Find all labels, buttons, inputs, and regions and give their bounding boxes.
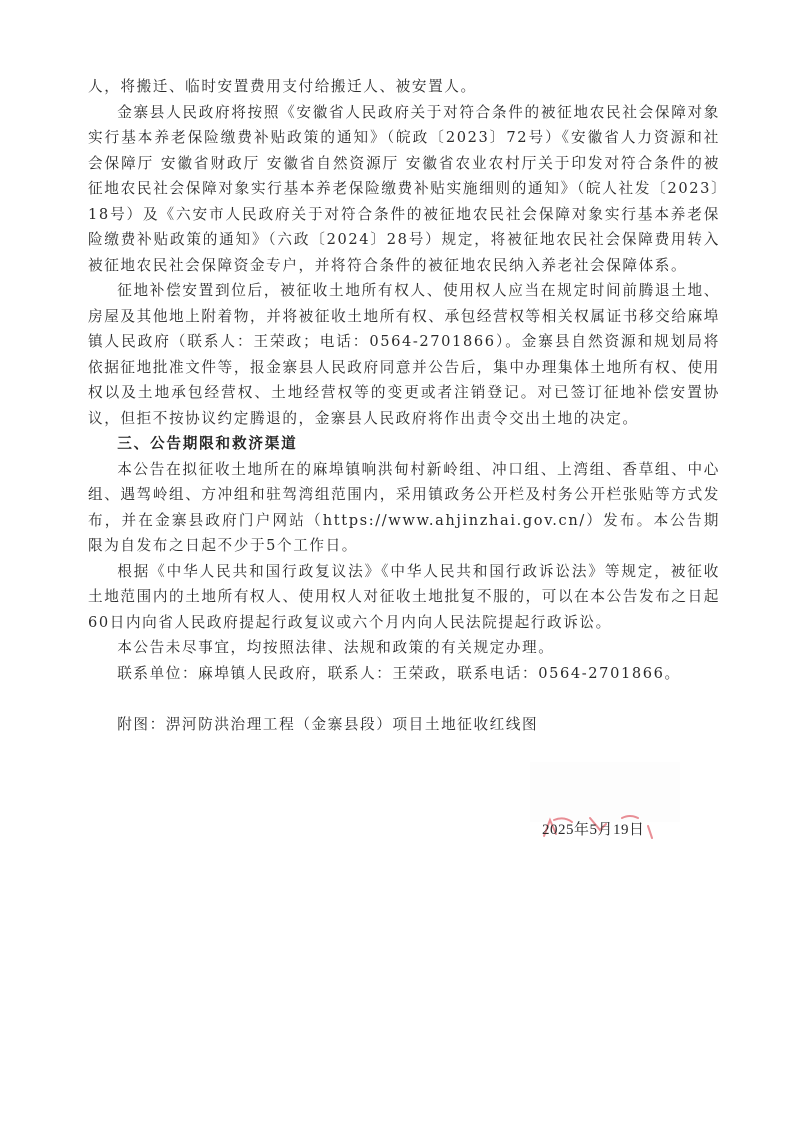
paragraph-land-handover: 征地补偿安置到位后，被征收土地所有权人、使用权人应当在规定时间前腾退土地、房屋及… [88, 278, 720, 431]
paragraph-attachment: 附图：淠河防洪治理工程（金寨县段）项目土地征收红线图 [88, 712, 720, 738]
paragraph-contact-info: 联系单位：麻埠镇人民政府，联系人：王荣政，联系电话：0564-2701866。 [88, 661, 720, 687]
section-heading-notice-period: 三、公告期限和救济渠道 [88, 431, 720, 457]
paragraph-other-matters: 本公告未尽事宜，均按照法律、法规和政策的有关规定办理。 [88, 635, 720, 661]
paragraph-continuation: 人，将搬迁、临时安置费用支付给搬迁人、被安置人。 [88, 74, 720, 100]
issue-date: 2025年5月19日 [542, 818, 645, 839]
blank-line [88, 686, 720, 712]
paragraph-publication: 本公告在拟征收土地所在的麻埠镇响洪甸村新岭组、冲口组、上湾组、香草组、中心组、遇… [88, 457, 720, 559]
paragraph-social-security: 金寨县人民政府将按照《安徽省人民政府关于对符合条件的被征地农民社会保障对象实行基… [88, 100, 720, 279]
document-page: 人，将搬迁、临时安置费用支付给搬迁人、被安置人。 金寨县人民政府将按照《安徽省人… [88, 74, 720, 737]
paragraph-legal-remedy: 根据《中华人民共和国行政复议法》《中华人民共和国行政诉讼法》等规定，被征收土地范… [88, 559, 720, 636]
redacted-seal-area [530, 762, 680, 822]
